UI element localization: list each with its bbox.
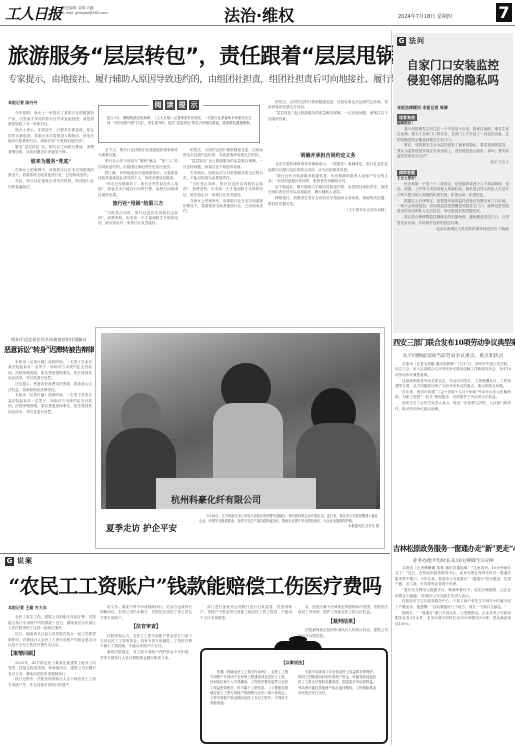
lead-column-1: 本报记者 陈丹丹 今年寒假，徐女士一家报名了某旅行社的跟团游产品，出发前才得知该… xyxy=(8,100,94,330)
paragraph: 的义务。秦某不得不申请强制执行。后双方达成执行和解协议，但该公司仍未履行，法院依… xyxy=(100,605,192,621)
paragraph: “当时签合同时，旅行社没有告诉我们会转团”，消费者称，出发前一天才接到陌生号码的… xyxy=(98,211,178,227)
photo-credit: 本报通讯员 沈冬冬 摄 xyxy=(199,524,379,529)
case-byline: 本报记者 王磊 方大丰 xyxy=(8,605,96,610)
paragraph: “当时签合同时，旅行社没有告诉我们会转团”，消费者称，出发前一天才接到陌生号码的… xyxy=(183,182,263,198)
paragraph: 部门进行备案并会同银行进行日常监管，经查询账户，该账户中资金均为其他工地农民工的… xyxy=(200,605,292,621)
lead-headline: 旅游服务“层层转包”，责任跟着“层层甩锅”？ xyxy=(8,40,430,70)
tip-char: 示 xyxy=(189,100,199,110)
paragraph: 执行过程中，法院发现被执行人名下除农民工工资专用账户外，并无其他可供执行的财产。 xyxy=(8,677,96,688)
section-title: 法治·维权 xyxy=(224,3,294,26)
paragraph: 法院审查认为，农民工工资专用账户资金是专门用于支付农民工工资的资金，具有专款专用… xyxy=(100,634,192,650)
paragraph: 本报讯（记者毛浓曦 通讯员韩辉）7月17日，西安市中级人民法院、市总工会、市人社… xyxy=(395,362,511,378)
answer-paragraph: 根据以上法律规定，如果您安装的监控设备仅拍摄自家门口区域，一般不会构成侵权；但如… xyxy=(397,199,509,215)
paragraph: 近年来，西安市构建“工会+法院+人社+仲裁”劳动争议多元化解机制，为职工提供“一… xyxy=(395,390,511,401)
paragraph: 法官提示，恶意诉讼浪费司法资源，损害他人合法权益，将承担相应法律责任。 xyxy=(8,382,92,393)
reading-tip-box: 阅 读 提 示 进入7月，暑期旅游迎来高峰。《工人日报》记者调查采访发现，一名旅… xyxy=(98,105,260,143)
mid-article-body: 本报讯（记者卢越）前段时间，一名男子在北京某法院起诉另一名男子，诉称对方未按约定… xyxy=(8,360,92,550)
caption-text: 7月16日，江苏省宿迁市公安局小店派出所民警走进辖区一家纺织材料企业开展走访。连… xyxy=(199,514,379,524)
page-number: 7 xyxy=(496,3,512,22)
paragraph: 在松原市宁江区政务服务中心，个体工商户姜先生不到半小时就办完了户籍业务，他感慨：… xyxy=(395,599,511,610)
paragraph: 最终法院裁定，对工资专用账户内的资金不予扣划，并责令被执行人另行筹措资金履行赔偿… xyxy=(100,650,192,661)
paragraph: 本报讯（记者卢越）前段时间，一名男子在北京某法院起诉另一名男子，诉称对方未按约定… xyxy=(8,393,92,415)
tip-char: 阅 xyxy=(153,100,163,110)
lead-subheading-3: 明确并承担合同约定义务 xyxy=(268,154,388,159)
paragraph: “我们充分利用大数据平台，精减审批环节，优化办理流程，让企业和群众少跑腿。”松原… xyxy=(395,588,511,599)
section-g-icon: G xyxy=(5,557,14,566)
paragraph: 的景点，合同约定的行程被随意变更，住宿标准也未达到约定标准，导致游客体验感大打折… xyxy=(268,100,388,111)
law-box-left-text: 依据《保障农民工工资支付条例》，农民工工资专用账户专项用于支付该工程建设项目农民… xyxy=(210,670,290,706)
box-sign-text: 杭州科豪化纤有限公司 xyxy=(171,493,261,506)
side-news-1-body: 本报讯（记者毛浓曦 通讯员韩辉）7月17日，西安市中级人民法院、市总工会、市人社… xyxy=(395,362,511,530)
issue-date: 2024年7月18日 星期四 xyxy=(398,13,452,20)
faq-tag-label: 法问 xyxy=(409,36,425,46)
lead-column-2: 去不少，相关行业团团在电视频道旅游领域作为重要议题。 旅行社合作不该成为“甩锅”… xyxy=(98,148,178,324)
paragraph: 农民工发生工伤，建筑公司拒绝支付医疗费，法院能否执行专用账户内的钱款？近日，湖南… xyxy=(8,615,96,631)
reading-tip-title: 阅 读 提 示 xyxy=(149,100,203,110)
case-subheading-1: 【案情回顾】 xyxy=(8,652,96,657)
paragraph: 这批案例涉及劳动关系认定、劳动合同签订、工资报酬支付、工伤待遇等方面，从不同侧面… xyxy=(395,379,511,390)
paragraph: 去不少，相关行业团团在电视频道旅游领域作为重要议题。 xyxy=(98,148,178,159)
paragraph: 对此，旅行社在接受记者采访时称，转团是行业内的普遍做法。 xyxy=(8,179,94,190)
column-divider xyxy=(391,30,392,745)
masthead: 工人日报 责任编辑: 周倩 卢越 E-mail: grrbgdx@163.com… xyxy=(0,0,515,26)
paragraph: 本报讯（记者卢越）前段时间，一名男子在北京某法院起诉另一名男子，诉称对方未按约定… xyxy=(8,360,92,382)
newspaper-logo: 工人日报 xyxy=(5,3,61,24)
lead-credit: （王宇晨对本文亦有贡献） xyxy=(268,208,388,213)
answer-paragraph: 民法典第一千零三十二条规定，任何组织或者个人不得以刺探、侵扰、泄露、公开等方式侵… xyxy=(397,182,509,198)
paragraph: 在徐女士的案例中，涉事旅行社在未告知游客的情况下，将游客转交给其他旅行社，已经构… xyxy=(183,199,263,215)
tip-char: 读 xyxy=(165,100,175,110)
paragraph: 北京市盈科律师事务所律师表示，《旅游法》明确规定，旅行社委托其他旅行社履行包价旅… xyxy=(268,162,388,173)
case-tag: G 说案 xyxy=(5,556,33,566)
law-box-columns: 依据《保障农民工工资支付条例》，农民工工资专用账户专项用于支付该工程建设项目农民… xyxy=(210,670,378,706)
section-g-icon: G xyxy=(397,37,406,46)
side-news-2-subhead: 业务办理平均时长从10分钟降至3分钟 xyxy=(393,557,513,564)
paragraph: 今年寒假，徐女士一家报名了某旅行社的跟团游产品，出发前才得知该旅行社并未直接组团… xyxy=(8,111,94,127)
editor-email: E-mail: grrbgdx@163.com xyxy=(62,11,108,16)
paragraph: 另，因此不属于法律规定的强制执行范围，法院依法驳回了该申请，保护了其他农民工的合… xyxy=(298,605,388,616)
paragraph: 由于地接社、履行辅助人的原因导致违约的，由组团社承担责任；组团社承担责任后可以向… xyxy=(268,185,388,196)
editor-info: 责任编辑: 周倩 卢越 E-mail: grrbgdx@163.com xyxy=(62,6,108,16)
faq-title-line-2: 侵犯邻居的隐私吗 xyxy=(393,73,513,88)
side-news-1-headline: 西安三部门联合发布10项劳动争议典型案例 xyxy=(393,338,513,348)
paragraph: 本报讯（记者柳姗姗 郑林 通讯员董福明）“这里真快，10分钟就办完了！”近日，在… xyxy=(395,566,511,588)
lead-column-4: 明确并承担合同约定义务 北京市盈科律师事务所律师表示，《旅游法》明确规定，旅行社… xyxy=(268,150,388,320)
case-subheading-2: 【法官审查】 xyxy=(100,625,192,630)
question-sign: 北京 王女士 xyxy=(397,160,509,165)
lead-subhead: 专家提示，由地接社、履行辅助人原因导致违约的，由组团社担责，组团社担责后可向地接… xyxy=(8,72,434,85)
question-paragraph: 事后，邻居秦先生认为监控侵犯了他家的隐私，要求我拆除监控，我认为监控设备安装在自… xyxy=(397,143,509,159)
faq-title-line-1: 自家门口安装监控 xyxy=(393,58,513,73)
question-paragraph: 我与邻居秦先生同住在一个半老旧小区里，我家住南侧，秦先生家住北侧。我为了自家门口… xyxy=(397,127,509,143)
faq-body: 本报法律顾问 本报记者 周倩 读者来信 编辑您好！ 我与邻居秦先生同住在一个半老… xyxy=(397,105,509,331)
paragraph: 服务“层层转包”后，旅行社之间相互推诿，消费者维权难，这类问题近年来屡见不鲜。 xyxy=(8,145,94,156)
mid-article-headline: 恶意诉讼“转身”迟滞转被告辩律师案 xyxy=(4,345,94,355)
case-column-2: 的义务。秦某不得不申请强制执行。后双方达成执行和解协议，但该公司仍未履行，法院依… xyxy=(100,605,192,745)
case-headline: “农民工工资账户”钱款能赔偿工伤医疗费吗 xyxy=(0,570,390,599)
case-column-4: 另，因此不属于法律规定的强制执行范围，法院依法驳回了该申请，保护了其他农民工的合… xyxy=(298,605,388,639)
side-news-1-subhead: 从不同侧面反映当前劳动争议重点、难点和热点 xyxy=(393,352,513,359)
answer-paragraph: 建议您合理调整监控摄像头的拍摄角度，避免覆盖邻居门口，与邻居友好协商，共同维护良… xyxy=(397,215,509,226)
lead-column-3: 的景点，合同约定的行程被随意变更，住宿标准也未达到约定标准，导致游客体验感大打折… xyxy=(183,148,263,324)
paragraph: 的景点，合同约定的行程被随意变更，住宿标准也未达到约定标准，导致游客体验感大打折… xyxy=(183,148,263,159)
paragraph: 在徐女士的案例中，涉事旅行社在未告知游客的情况下，将游客转交给其他旅行社，已经构… xyxy=(8,168,94,179)
case-column-3: 部门进行备案并会同银行进行日常监管，经查询账户，该账户中资金均为其他工地农民工的… xyxy=(200,605,292,639)
lawyer-answer-label: 律师答疑 xyxy=(397,170,417,176)
section-divider xyxy=(0,553,390,554)
case-subheading-4: 【裁判结果】 xyxy=(298,620,388,625)
paragraph: 据统计，“一窗通办”窗口开设以来，已受理群众、企业各类公安政务服务业务3万余件，… xyxy=(395,611,511,627)
paragraph: “层层转包”也让旅游服务的质量难以保障，一旦出现问题，游客往往不知道该找谁。 xyxy=(268,111,388,122)
lead-subheading-1: 谁来为服务“兜底” xyxy=(8,160,94,165)
photo-feature: 杭州科豪化纤有限公司 夏季走访 护企平安 7月16日，江苏省宿迁市公安局小店派出… xyxy=(95,327,385,549)
law-box-right-text: 专款专用体现了对全体农民工权益的平等保护。如因工伤赔偿而扣划专用账户资金，可能导… xyxy=(298,670,378,706)
reader-letter-label: 读者来信 xyxy=(397,114,417,120)
paragraph: 律师建议，消费者在签订合同前应仔细阅读合同条款，保留相关证据，维权时有据可依。 xyxy=(268,196,388,207)
faq-tag: G 法问 xyxy=(397,36,425,46)
law-box-title: 【以案说法】 xyxy=(202,660,386,666)
lead-byline: 本报记者 陈丹丹 xyxy=(8,100,94,105)
paragraph: 近日，湖南省长沙县人民法院在执行一起工伤赔偿案件时，对被执行人农民工工资专用账户… xyxy=(8,632,96,648)
paragraph: 西安市总工会有关负责人表示，将进一步加强与法院、人社部门的协作，推动劳动争议源头… xyxy=(395,401,511,412)
reading-tip-text: 进入7月，暑期旅游迎来高峰。《工人日报》记者调查采访发现，一名旅行社游客和多家旅… xyxy=(107,116,253,126)
faq-byline: 本报法律顾问 本报记者 周倩 xyxy=(397,105,509,110)
paragraph: 徐女士表示，在旅途中，行程多次被更改，原定的景点被取消，导游还多次带团进入购物店… xyxy=(8,128,94,144)
lead-subheading-2: 旅行社“甩锅”给第三方 xyxy=(98,202,178,207)
side-news-2-headline: 吉林松原政务服务一窗通办走“新”更走“心” xyxy=(393,544,513,554)
faq-panel: G 法问 自家门口安装监控 侵犯邻居的隐私吗 本报法律顾问 本报记者 周倩 读者… xyxy=(393,33,513,333)
paragraph: “旅行社作为旅游服务的提供者，负有保障旅游者人身财产安全的义务。”未经同意擅自转… xyxy=(268,174,388,185)
paragraph: 据了解，有些地接社在接到游客后，又将游客转给其他地接社或导游个人，形成多级转包链… xyxy=(98,171,178,182)
law-explanation-box: 【以案说法】 依据《保障农民工工资支付条例》，农民工工资专用账户专项用于支付该工… xyxy=(200,648,388,744)
photo-caption: 7月16日，江苏省宿迁市公安局小店派出所民警走进辖区一家纺织材料企业开展走访。连… xyxy=(199,514,379,528)
paragraph: “层层转包”也让旅游服务的质量难以保障，一旦出现问题，游客往往不知道该找谁。 xyxy=(183,159,263,170)
paragraph: 专家指出，组团社应当对旅游服务的全过程负责，不能以转团为由推卸责任。 xyxy=(183,171,263,182)
paragraph: 2021年，41岁的农民工秦某在某建筑工地务工时受伤，经鉴定构成伤残。仲裁裁决后… xyxy=(8,661,96,677)
paragraph: 旅行社合作不该成为“甩锅”理由，“第三人”原因导致违约的，由组团社承担责任后依法… xyxy=(98,159,178,170)
paragraph: 法院最终裁定驳回申请执行人的执行异议，建筑公司另行支付赔偿款。 xyxy=(298,628,388,639)
tip-char: 提 xyxy=(177,100,187,110)
side-news-2-body: 本报讯（记者柳姗姗 郑林 通讯员董福明）“这里真快，10分钟就办完了！”近日，在… xyxy=(395,566,511,746)
case-column-1: 本报记者 王磊 方大丰 农民工发生工伤，建筑公司拒绝支付医疗费，法院能否执行专用… xyxy=(8,605,96,745)
answer-sign: 北京市西城区人民法院民事审判庭法官 于晓燕 xyxy=(397,227,509,232)
paragraph: “你们已经联系好了，旅行社突然说没有人接团”，游客无奈只能自行安排行程，返程后向… xyxy=(98,182,178,198)
case-tag-label: 说案 xyxy=(17,556,33,566)
news-photo: 杭州科豪化纤有限公司 xyxy=(101,333,380,509)
box-cap-decoration xyxy=(274,641,322,650)
photo-caption-title: 夏季走访 护企平安 xyxy=(106,522,177,534)
